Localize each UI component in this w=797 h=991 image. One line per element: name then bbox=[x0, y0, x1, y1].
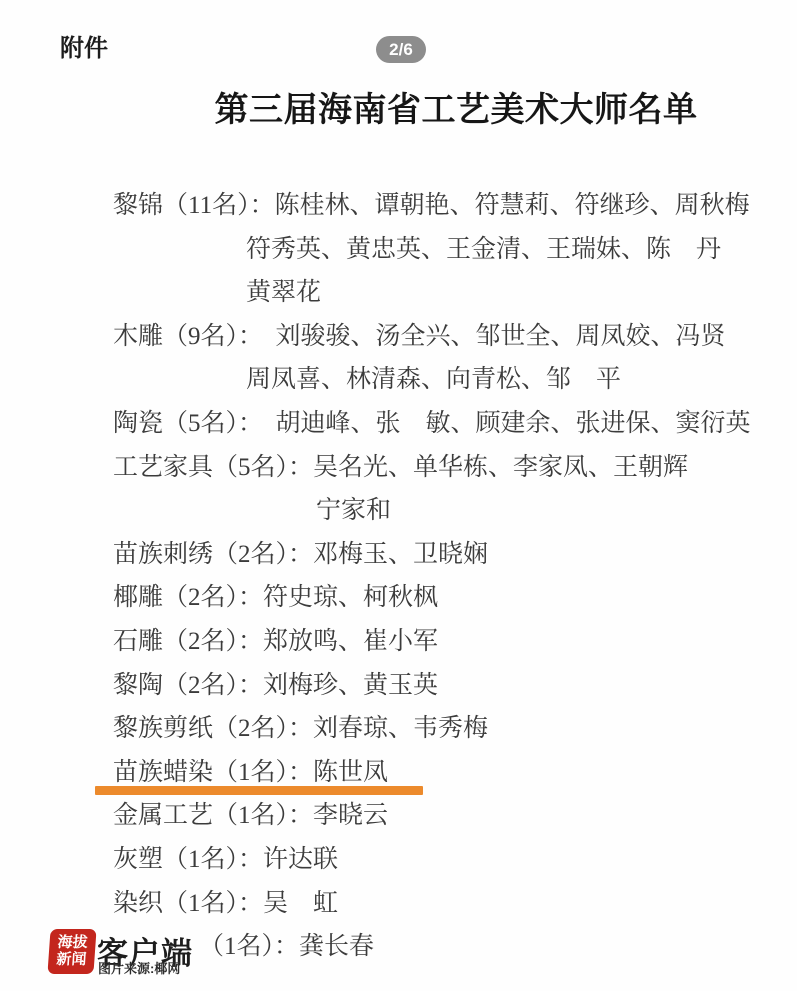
document-title: 第三届海南省工艺美术大师名单 bbox=[0, 82, 797, 131]
list-row: 金属工艺（1名）：李晓云 bbox=[113, 794, 777, 838]
watermark-source-label: 图片来源:椰网 bbox=[98, 958, 180, 977]
list-row: 椰雕（2名）：符史琼、柯秋枫 bbox=[113, 576, 777, 620]
document-page: 附件 2/6 第三届海南省工艺美术大师名单 黎锦（11名）：陈桂林、谭朝艳、符慧… bbox=[0, 0, 797, 991]
list-row-partially-obscured: （1名）：龚长春 bbox=[113, 925, 777, 969]
page-indicator-badge: 2/6 bbox=[376, 36, 426, 63]
list-row-continuation: 黄翠花 bbox=[113, 271, 777, 315]
logo-text-line2: 新闻 bbox=[56, 952, 87, 969]
list-row: 黎族剪纸（2名）：刘春琼、韦秀梅 bbox=[113, 707, 777, 751]
list-row: 石雕（2名）：郑放鸣、崔小军 bbox=[113, 620, 777, 664]
news-app-logo: 海拔 新闻 bbox=[47, 929, 96, 974]
list-row-continuation: 宁家和 bbox=[113, 489, 777, 533]
list-row: 工艺家具（5名）：吴名光、单华栋、李家凤、王朝辉 bbox=[113, 446, 777, 490]
list-row: 陶瓷（5名）： 胡迪峰、张 敏、顾建余、张进保、窦衍英 bbox=[113, 402, 777, 446]
list-row: 灰塑（1名）：许达联 bbox=[113, 838, 777, 882]
attachment-label: 附件 bbox=[60, 28, 108, 63]
master-name-list: 黎锦（11名）：陈桂林、谭朝艳、符慧莉、符继珍、周秋梅 符秀英、黄忠英、王金清、… bbox=[113, 184, 777, 969]
list-row: 染织（1名）：吴 虹 bbox=[113, 882, 777, 926]
list-row: 木雕（9名）： 刘骏骏、汤全兴、邹世全、周凤姣、冯贤 bbox=[113, 315, 777, 359]
list-row-highlighted: 苗族蜡染（1名）：陈世凤 bbox=[113, 751, 777, 795]
logo-text-line1: 海拔 bbox=[57, 935, 88, 952]
list-row: 黎锦（11名）：陈桂林、谭朝艳、符慧莉、符继珍、周秋梅 bbox=[113, 184, 777, 228]
list-row-continuation: 周凤喜、林清森、向青松、邹 平 bbox=[113, 358, 777, 402]
list-row: 黎陶（2名）：刘梅珍、黄玉英 bbox=[113, 664, 777, 708]
list-row: 苗族刺绣（2名）：邓梅玉、卫晓娴 bbox=[113, 533, 777, 577]
list-row-continuation: 符秀英、黄忠英、王金清、王瑞妹、陈 丹 bbox=[113, 228, 777, 272]
list-row-text: 苗族蜡染（1名）：陈世凤 bbox=[113, 759, 388, 786]
list-row-text: （1名）：龚长春 bbox=[199, 933, 374, 960]
